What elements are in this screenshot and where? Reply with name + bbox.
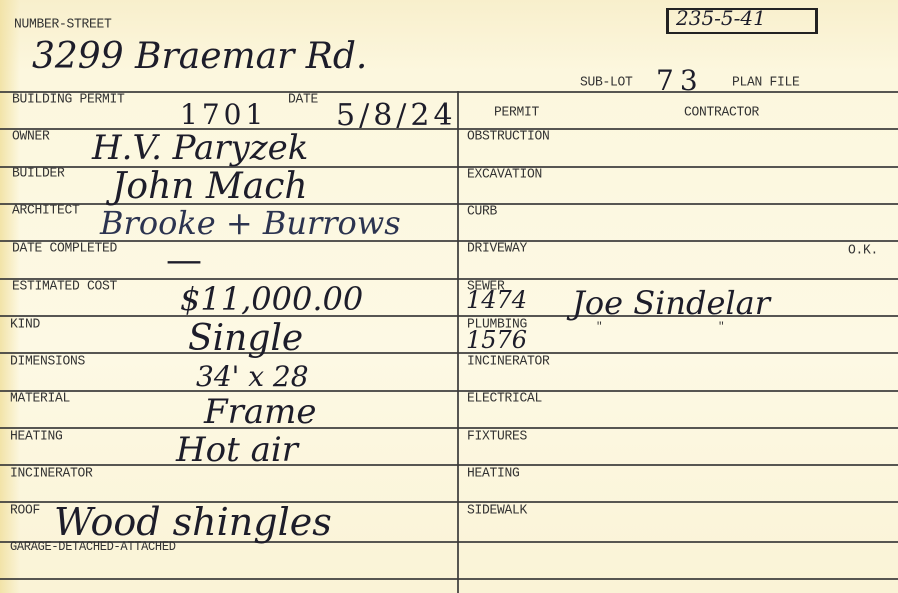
- heating-value: Hot air: [176, 430, 298, 470]
- builder-label: BUILDER: [12, 164, 65, 180]
- electrical-label: ELECTRICAL: [467, 389, 542, 405]
- plan-file-label: PLAN FILE: [732, 73, 800, 89]
- sewer-permit: 1474: [466, 286, 527, 314]
- curb-label: CURB: [467, 202, 497, 218]
- date-label: DATE: [288, 90, 318, 106]
- building-permit-label: BUILDING PERMIT: [12, 90, 125, 106]
- dimensions-value: 34' x 28: [196, 360, 309, 393]
- builder-value: John Mach: [112, 166, 308, 207]
- architect-label: ARCHITECT: [12, 201, 80, 217]
- roof-value: Wood shingles: [54, 500, 332, 544]
- rule: [0, 390, 898, 392]
- permit-header: PERMIT: [494, 103, 539, 119]
- rule: [0, 578, 898, 580]
- owner-label: OWNER: [12, 127, 50, 143]
- sublot-label: SUB-LOT: [580, 73, 633, 89]
- material-value: Frame: [204, 392, 316, 432]
- dimensions-label: DIMENSIONS: [10, 352, 85, 368]
- obstruction-label: OBSTRUCTION: [467, 127, 550, 143]
- heating-label: HEATING: [10, 427, 63, 443]
- architect-value: Brooke + Burrows: [100, 204, 401, 242]
- roof-label: ROOF: [10, 501, 40, 517]
- excavation-label: EXCAVATION: [467, 165, 542, 181]
- plumbing-ditto-1: ": [596, 322, 602, 335]
- contractor-header: CONTRACTOR: [684, 103, 759, 119]
- kind-value: Single: [188, 318, 303, 359]
- owner-value: H.V. Paryzek: [92, 128, 308, 168]
- material-label: MATERIAL: [10, 389, 70, 405]
- plumbing-permit: 1576: [466, 326, 527, 354]
- heating-permit-label: HEATING: [467, 464, 520, 480]
- address-value: 3299 Braemar Rd.: [32, 36, 367, 77]
- rule: [0, 278, 898, 280]
- estimated-cost-label: ESTIMATED COST: [12, 277, 117, 293]
- sewer-contractor: Joe Sindelar: [572, 284, 770, 322]
- incinerator-label: INCINERATOR: [10, 464, 93, 480]
- date-completed-value: —: [166, 240, 202, 281]
- sidewalk-label: SIDEWALK: [467, 501, 527, 517]
- estimated-cost-value: $11,000.00: [180, 280, 363, 318]
- rule: [0, 91, 898, 93]
- driveway-label: DRIVEWAY: [467, 239, 527, 255]
- plumbing-ditto-2: ": [718, 322, 724, 335]
- driveway-value: O.K.: [848, 241, 878, 257]
- building-permit-value: 1701: [180, 98, 267, 131]
- file-number: 235-5-41: [676, 6, 766, 30]
- building-permit-card: 235-5-41 NUMBER-STREET 3299 Braemar Rd. …: [0, 0, 898, 593]
- rule: [0, 464, 898, 466]
- column-divider: [457, 91, 459, 593]
- address-label: NUMBER-STREET: [14, 15, 112, 31]
- rule: [0, 427, 898, 429]
- rule: [0, 352, 898, 354]
- date-value: 5/8/24: [336, 98, 457, 133]
- incinerator-permit-label: INCINERATOR: [467, 352, 550, 368]
- fixtures-label: FIXTURES: [467, 427, 527, 443]
- kind-label: KIND: [10, 315, 40, 331]
